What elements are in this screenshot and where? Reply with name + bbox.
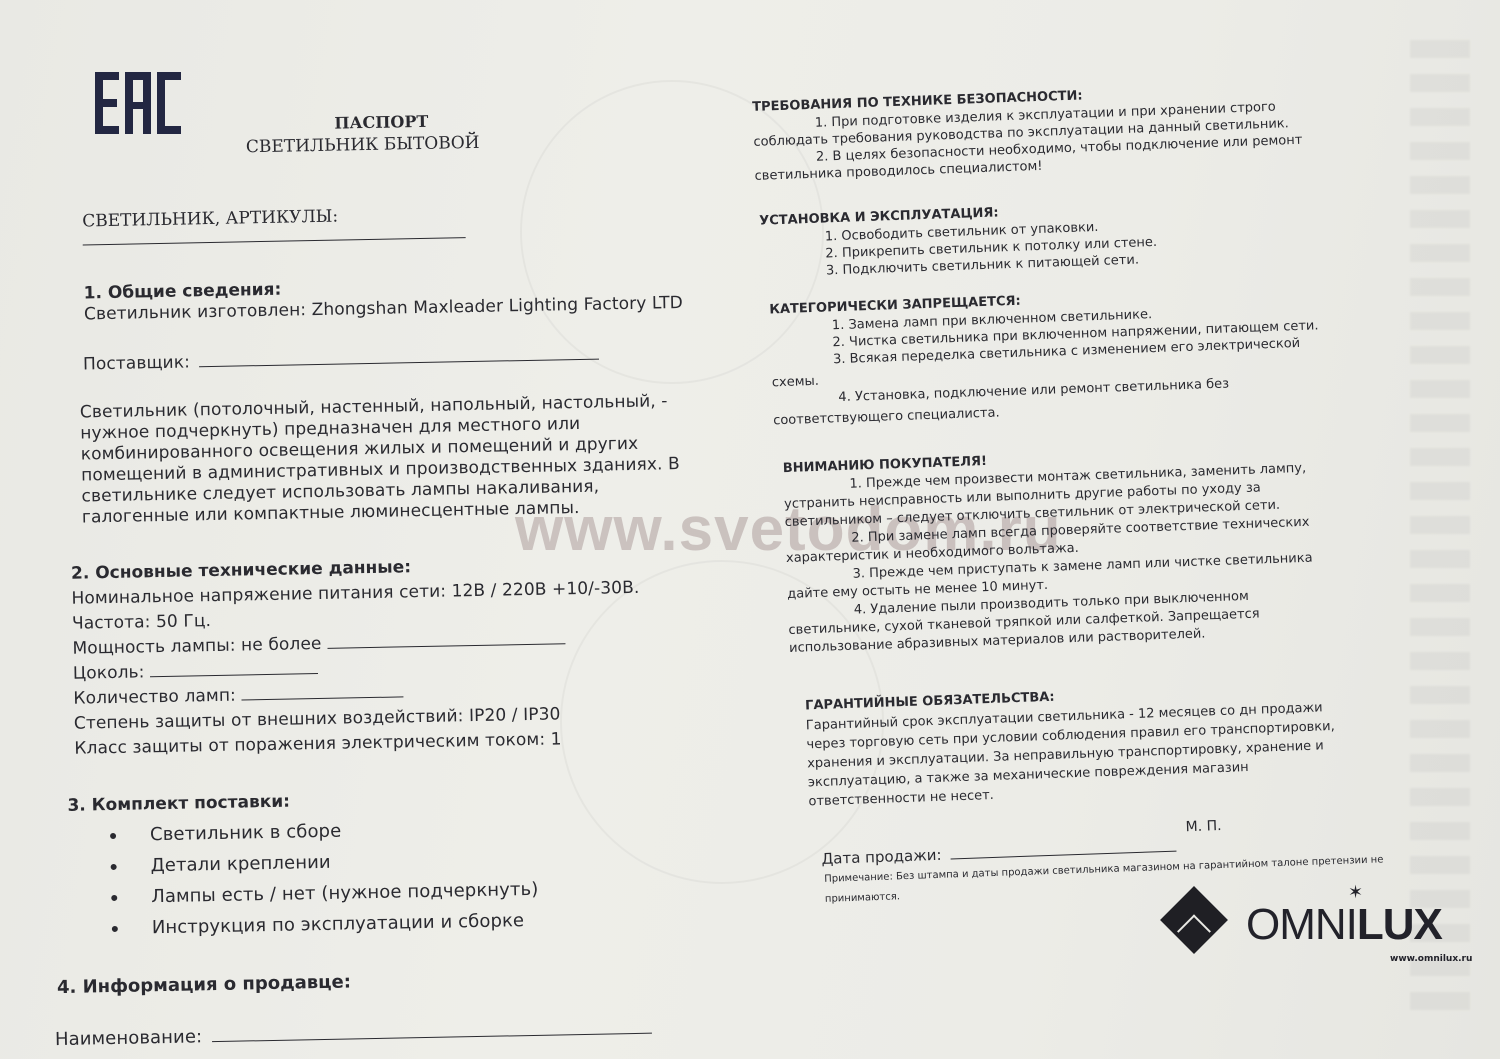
power-blank-line — [327, 642, 565, 649]
socket-label: Цоколь: — [73, 662, 145, 683]
bullet-icon — [111, 864, 117, 870]
seller-name-label: Наименование: — [55, 1026, 203, 1050]
seller-name-blank-line — [212, 1032, 652, 1042]
bullet-icon — [112, 926, 118, 932]
stamp-label: М. П. — [1185, 818, 1222, 835]
bullet-icon — [111, 895, 117, 901]
warranty-text: Гарантийный срок эксплуатации светильник… — [806, 698, 1338, 811]
supplier-label: Поставщик: — [83, 352, 190, 374]
prohibited-list: 1. Замена ламп при включенном светильник… — [770, 300, 1322, 429]
bullet-icon — [110, 833, 116, 839]
section1-heading: 1. Общие сведения: — [83, 280, 281, 304]
brand-url: www.omnilux.ru — [1390, 954, 1472, 964]
power-label: Мощность лампы: не более — [72, 634, 321, 659]
brand-name: OMNILUX — [1246, 900, 1442, 950]
sale-date-label: Дата продажи: — [821, 846, 942, 868]
attention-list: 1. Прежде чем произвести монтаж светильн… — [783, 460, 1315, 658]
description-paragraph: Светильник (потолочный, настенный, напол… — [80, 391, 681, 528]
install-list: 1. Освободить светильник от упаковки. 2.… — [825, 217, 1158, 280]
section3-heading: 3. Комплект поставки: — [67, 792, 290, 816]
delivery-list: Светильник в сборе Детали креплении Ламп… — [110, 812, 539, 944]
articles-blank-line — [83, 237, 466, 245]
socket-blank-line — [150, 672, 318, 677]
seller-name-field: Наименование: — [55, 1018, 652, 1050]
section2-heading: 2. Основные технические данные: — [71, 557, 411, 584]
lamp-count-blank-line — [241, 695, 403, 700]
section4-heading: 4. Информация о продавце: — [57, 971, 351, 998]
document-title: ПАСПОРТ — [334, 112, 428, 133]
lamp-count-label: Количество ламп: — [73, 686, 236, 709]
eac-mark-icon — [95, 72, 181, 134]
document-subtitle: СВЕТИЛЬНИК БЫТОВОЙ — [246, 133, 480, 157]
supplier-blank-line — [200, 358, 600, 368]
articles-label: СВЕТИЛЬНИК, АРТИКУЛЫ: — [82, 207, 338, 232]
tech-data-list: Номинальное напряжение питания сети: 12В… — [71, 576, 642, 762]
supplier-field: Поставщик: — [83, 345, 600, 375]
document-sheet: www.svetodom.ru ПАСПОРТ СВЕТИЛЬНИК БЫТОВ… — [0, 0, 1500, 1059]
bleed-through-text — [1410, 40, 1470, 1020]
